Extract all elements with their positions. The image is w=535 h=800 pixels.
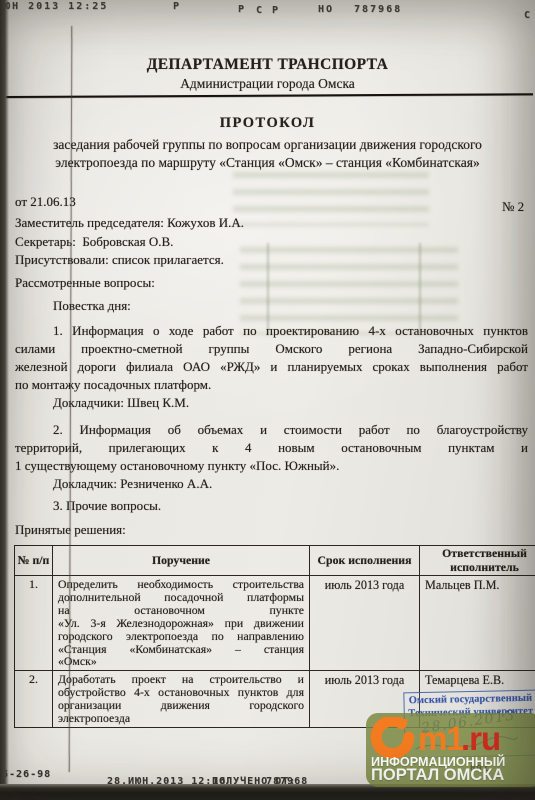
org-name: ДЕПАРТАМЕНТ ТРАНСПОРТА — [0, 56, 535, 74]
row-executor: Мальцев П.М. — [420, 576, 535, 671]
col-header-executor: Ответственный исполнитель — [420, 546, 535, 576]
fax-mark: Р — [173, 1, 181, 12]
fax-mark: Р — [238, 4, 246, 15]
task-line: городского электропоезда по направлению — [58, 630, 304, 643]
row-task: Доработать проект на строительство и обу… — [53, 671, 310, 728]
col-header-task: Поручение — [53, 546, 310, 576]
task-line: «Омск» — [58, 655, 304, 668]
agenda-item-3: 3. Прочие вопросы. — [15, 497, 528, 515]
deputy-line: Заместитель председателя: Кожухов И.А. — [15, 214, 527, 233]
task-line: дополнительной посадочной платформы — [58, 591, 304, 604]
task-line: на остановочном пункте — [58, 604, 304, 617]
speaker-line: Докладчик: Резниченко А.А. — [15, 475, 528, 493]
paragraph-line: 1. Информация о ходе работ по проектиров… — [15, 322, 528, 340]
document-photo: ИЮН 2013 12:25 Р Р С Р НО 787968 С ДЕПАР… — [0, 0, 535, 800]
om1-logo-domain: .ru — [461, 721, 500, 757]
document-number: № 2 — [502, 199, 524, 215]
row-num: 2. — [15, 671, 53, 728]
subject-line: заседания рабочей группы по вопросам орг… — [10, 136, 525, 154]
secretary-line: Секретарь: Бобровская О.В. — [15, 233, 527, 252]
considered-line: Рассмотренные вопросы: — [15, 274, 527, 293]
row-term: июль 2013 года — [310, 576, 420, 671]
paragraph-line: 1 существующему остановочному пункту «По… — [15, 457, 528, 475]
header-rule — [6, 93, 533, 98]
om1-logo-text: m1 — [418, 721, 464, 757]
paragraph-line: по монтажу посадочных платформ. — [15, 376, 528, 394]
fax-code: 5-26-98 — [2, 769, 51, 780]
paragraph-line: 2. Информация об объемах и стоимости раб… — [15, 421, 528, 439]
fax-timestamp: ИЮН 2013 12:25 — [0, 1, 108, 12]
org-header: ДЕПАРТАМЕНТ ТРАНСПОРТА Администрации гор… — [0, 56, 535, 92]
document-title: ПРОТОКОЛ — [0, 115, 535, 132]
fax-mark: НО — [318, 4, 334, 15]
fax-number: 787968 — [354, 4, 402, 15]
document-date: от 21.06.13 — [15, 194, 76, 210]
agenda-line: Повестка дня: — [15, 297, 527, 316]
photo-edge — [0, 0, 9, 786]
row-num: 1. — [15, 576, 53, 671]
speaker-line: Докладчики: Швец К.М. — [15, 394, 528, 412]
col-header-term: Срок исполнения — [310, 546, 420, 576]
task-line: электропоезда — [58, 712, 304, 725]
fax-mark: С — [256, 5, 264, 16]
agenda-item-2: 2. Информация об объемах и стоимости раб… — [15, 421, 528, 493]
watermark-caption: ПОРТАЛ ОМСКА — [371, 766, 504, 785]
attendees-line: Присутствовали: список прилагается. — [15, 251, 527, 270]
table-row: 1. Определить необходимость строительств… — [15, 576, 535, 671]
fax-mark: С — [524, 10, 532, 21]
paragraph-line: силами проектно-сметной группы Омского р… — [15, 340, 528, 358]
paragraph-line: 3. Прочие вопросы. — [15, 497, 528, 515]
fax-mark: Р — [272, 5, 280, 16]
col-header-num: № п/п — [15, 546, 53, 576]
org-subname: Администрации города Омска — [0, 76, 535, 92]
document-subject: заседания рабочей группы по вопросам орг… — [10, 136, 525, 172]
row-task: Определить необходимость строительства д… — [53, 576, 310, 671]
agenda-item-1: 1. Информация о ходе работ по проектиров… — [15, 322, 528, 412]
meta-block: Заместитель председателя: Кожухов И.А. С… — [15, 214, 527, 316]
document-page: ИЮН 2013 12:25 Р Р С Р НО 787968 С ДЕПАР… — [0, 0, 535, 786]
task-line: «Ул. 3-я Железнодорожная» при движении — [58, 617, 304, 630]
subject-line: электропоезда по маршруту «Станция «Омск… — [10, 154, 525, 172]
table-header-row: № п/п Поручение Срок исполнения Ответств… — [15, 546, 535, 576]
paragraph-line: железной дороги филиала ОАО «РЖД» и план… — [15, 358, 528, 376]
task-line: Определить необходимость строительства — [58, 578, 304, 591]
paragraph-line: территорий, прилегающих к 4 новым остано… — [15, 439, 528, 457]
